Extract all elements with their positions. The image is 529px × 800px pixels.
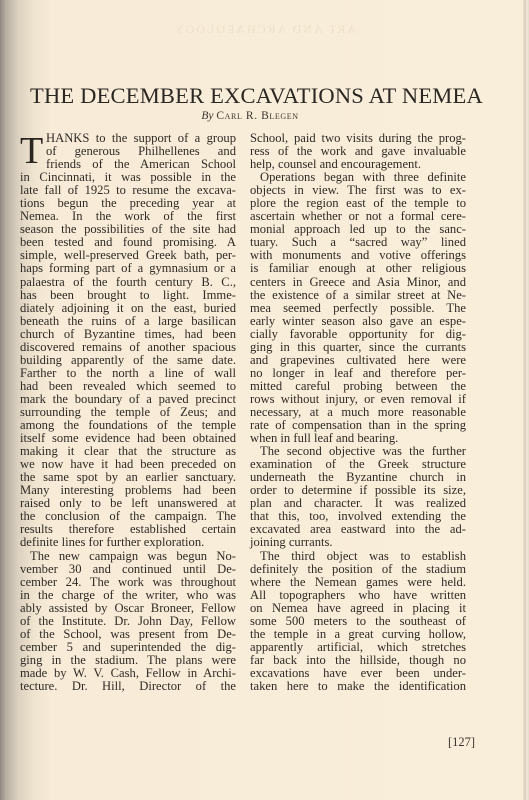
show-through-header: ART AND ARCHAEOLOGY <box>0 22 529 37</box>
text-line: tecture. Dr. Hill, Director of the <box>20 680 236 693</box>
text-line: cember 5 and superintended the dig- <box>20 641 236 654</box>
text-line: diately adjoining it on the east, buried <box>20 302 236 315</box>
text-line: ably assisted by Oscar Broneer, Fellow <box>20 602 236 615</box>
text-line: palaestra of the fourth century B. C., <box>20 276 236 289</box>
text-line: ging in this quarter, since the currants <box>250 341 466 354</box>
text-line: apparently artificial, which stretches <box>250 641 466 654</box>
text-line: The new campaign was begun No- <box>20 550 236 563</box>
text-line: made by W. V. Cash, Fellow in Archi- <box>20 667 236 680</box>
left-column: T HANKS to the support of a group of gen… <box>20 132 236 693</box>
text-line: in the charge of the writer, who was <box>20 589 236 602</box>
text-line: on Nemea have agreed in placing it <box>250 602 466 615</box>
text-line: mitted careful probing between the <box>250 380 466 393</box>
text-line: excavations have ever been under- <box>250 667 466 680</box>
text-line: cember 24. The work was throughout <box>20 576 236 589</box>
text-line: beneath the ruins of a large basilican <box>20 315 236 328</box>
drop-cap: T <box>20 134 43 168</box>
text-line: definitely the position of the stadium <box>250 563 466 576</box>
text-line: had been revealed which seemed to <box>20 380 236 393</box>
text-line: some 500 meters to the southeast of <box>250 615 466 628</box>
opening-paragraph: T HANKS to the support of a group of gen… <box>20 132 236 171</box>
text-line: discovered remains of another spacious <box>20 341 236 354</box>
page-number: [127] <box>448 735 475 750</box>
text-line: mea seemed perfectly possible. The <box>250 302 466 315</box>
text-line: the temple in a great curving hollow, <box>250 628 466 641</box>
document-page: ART AND ARCHAEOLOGY THE DECEMBER EXCAVAT… <box>0 0 529 800</box>
text-line: where the Nemean games were held. <box>250 576 466 589</box>
text-line: The third object was to establish <box>250 550 466 563</box>
text-line: vember 30 and continued until De- <box>20 563 236 576</box>
byline: By Carl R. Blegen <box>30 110 470 122</box>
text-line: Farther to the north a line of wall <box>20 367 236 380</box>
text-line: centers in Greece and Asia Minor, and <box>250 276 466 289</box>
text-line: is familiar enough at other religious <box>250 262 466 275</box>
text-line: taken here to make the identification <box>250 680 466 693</box>
byline-prefix: By <box>201 110 213 122</box>
text-line: of the Institute. Dr. John Day, Fellow <box>20 615 236 628</box>
text-line: All topographers who have written <box>250 589 466 602</box>
text-line: early winter season also gave an espe- <box>250 315 466 328</box>
text-line: friends of the American School <box>20 158 236 171</box>
author-name: Carl R. Blegen <box>216 110 298 122</box>
text-line: church of Byzantine times, had been <box>20 328 236 341</box>
text-line: no longer in leaf and therefore per- <box>250 367 466 380</box>
text-line: has been brought to light. Imme- <box>20 289 236 302</box>
page-edge <box>523 0 529 800</box>
text-line: cially favorable opportunity for dig- <box>250 328 466 341</box>
text-line: far back into the hillside, though no <box>250 654 466 667</box>
text-line: haps forming part of a gymnasium or a <box>20 262 236 275</box>
text-line: ging in the stadium. The plans were <box>20 654 236 667</box>
article-title: THE DECEMBER EXCAVATIONS AT NEMEA <box>30 83 470 109</box>
text-line: building apparently of the same date. <box>20 354 236 367</box>
text-line: joining currants. <box>250 536 466 549</box>
right-column: School, paid two visits during the prog-… <box>250 132 466 693</box>
text-line: and grapevines cultivated here were <box>250 354 466 367</box>
text-line: the existence of a similar street at Ne- <box>250 289 466 302</box>
text-line: definite lines for further exploration. <box>20 536 236 549</box>
text-line: of the School, was present from De- <box>20 628 236 641</box>
